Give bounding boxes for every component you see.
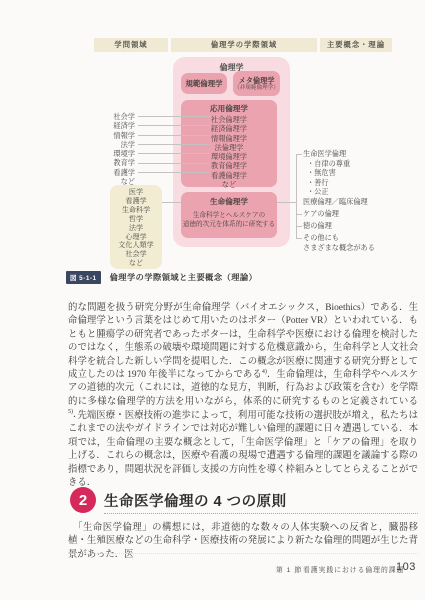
body-paragraph-3: 「生命医学倫理」の構想には，非道徳的な数々の人体実験への反省と，臓器移植・生殖医… [68, 522, 418, 562]
bioethics-source-fields-box: 医学 看護学 生命科学 哲学 法学 心理学 文化人類学 社会学 など [110, 185, 162, 269]
concept-virtue-ethics: 徳の倫理 [303, 221, 418, 231]
source-field-item: 生命科学 [110, 206, 162, 215]
source-field-item: 社会学 [110, 250, 162, 259]
concept-others-line1: その他にも [303, 233, 418, 243]
source-field-item: 法学 [110, 224, 162, 233]
connector-line [138, 135, 210, 136]
concept-principle-justice: ・公正 [303, 187, 418, 197]
normative-ethics-box: 規範倫理学 [181, 73, 227, 94]
left-field-item: 看護学 [93, 168, 135, 177]
footer-page-number: 103 [396, 561, 416, 573]
left-field-item: 情報学 [93, 131, 135, 140]
left-field-item: 社会学 [93, 112, 135, 121]
body-paragraph-2: 先端医療・医療技術の進歩によって，利用可能な技術の選択肢が増え，私たちはこれまで… [68, 410, 418, 490]
concept-principle-beneficence: ・善行 [303, 178, 418, 188]
connector-line [138, 125, 210, 126]
connector-line [296, 214, 302, 215]
textbook-page: 学問領域 倫理学の学際領域 主要概念・理論 倫理学 規範倫理学 メタ倫理学 （非… [0, 0, 425, 600]
column-header-main-concepts: 主要概念・理論 [320, 38, 392, 52]
left-field-item: 法学 [93, 140, 135, 149]
bioethics-description-line1: 生命科学とヘルスケアの [181, 211, 277, 220]
source-field-item: 文化人類学 [110, 241, 162, 250]
connector-line [162, 202, 181, 203]
applied-ethics-title: 応用倫理学 [181, 103, 277, 114]
connector-line [138, 172, 210, 173]
concept-others-line2: さまざまな概念がある [303, 243, 418, 253]
meta-ethics-sublabel: （非規範倫理学） [234, 85, 279, 92]
bioethics-box: 生命倫理学 生命科学とヘルスケアの 道徳的次元を体系的に研究する [181, 192, 277, 238]
concept-principle-autonomy: ・自律の尊重 [303, 159, 418, 169]
connector-line [296, 154, 302, 155]
section-title: 生命医学倫理の 4 つの原則 [104, 490, 418, 511]
connector-line [138, 163, 210, 164]
connector-line [296, 226, 302, 227]
footer-chapter-title: 看護実践における倫理的課題 [303, 564, 404, 574]
section-number-badge: 2 [70, 487, 96, 513]
figure-number-badge: 図 5-1-1 [66, 271, 101, 284]
source-field-item: 医学 [110, 188, 162, 197]
bioethics-title: 生命倫理学 [181, 196, 277, 207]
figure-caption: 図 5-1-1 倫理学の学際領域と主要概念（理論） [66, 271, 257, 284]
left-field-item: 教育学 [93, 158, 135, 167]
source-field-item: 看護学 [110, 197, 162, 206]
column-header-academic-fields: 学問領域 [94, 38, 168, 52]
concept-principle-nonmaleficence: ・無危害 [303, 168, 418, 178]
main-concepts-list: 生命医学倫理 ・自律の尊重 ・無危害 ・善行 ・公正 医療倫理／臨床倫理 ケアの… [303, 149, 418, 252]
source-field-item: 哲学 [110, 215, 162, 224]
page-footer: 第 1 節 看護実践における倫理的課題 103 [0, 561, 425, 577]
applied-ethics-item: など [181, 180, 277, 189]
concept-medical-clinical-ethics: 医療倫理／臨床倫理 [303, 197, 418, 207]
connector-line [138, 153, 210, 154]
left-field-item: 経済学 [93, 121, 135, 130]
connector-line [138, 116, 210, 117]
connector-line [138, 144, 210, 145]
section-title-dotted-rule [104, 513, 418, 514]
body-paragraph-1: 的な問題を扱う研究分野が生命倫理学（バイオエシックス，Bioethics）である… [68, 302, 418, 423]
left-academic-fields-list: 社会学 経済学 情報学 法学 環境学 教育学 看護学 など [93, 112, 135, 186]
concept-biomedical-ethics: 生命医学倫理 [303, 149, 418, 159]
concept-ethics-of-care: ケアの倫理 [303, 209, 418, 219]
footer-rule [68, 553, 418, 554]
paragraph-text: 的な問題を扱う研究分野が生命倫理学（バイオエシックス，Bioethics）である… [68, 303, 418, 380]
source-field-item: など [110, 259, 162, 268]
footer-section-label: 第 1 節 [276, 564, 302, 574]
bioethics-description-line2: 道徳的次元を体系的に研究する [181, 220, 277, 229]
connector-line [296, 238, 302, 239]
meta-ethics-box: メタ倫理学 （非規範倫理学） [233, 71, 280, 96]
figure-caption-text: 倫理学の学際領域と主要概念（理論） [110, 272, 258, 283]
column-header-ethics-interdisciplinary: 倫理学の学際領域 [171, 38, 317, 52]
left-field-item: 環境学 [93, 149, 135, 158]
meta-ethics-label: メタ倫理学 [239, 76, 275, 85]
connector-line [277, 202, 296, 203]
